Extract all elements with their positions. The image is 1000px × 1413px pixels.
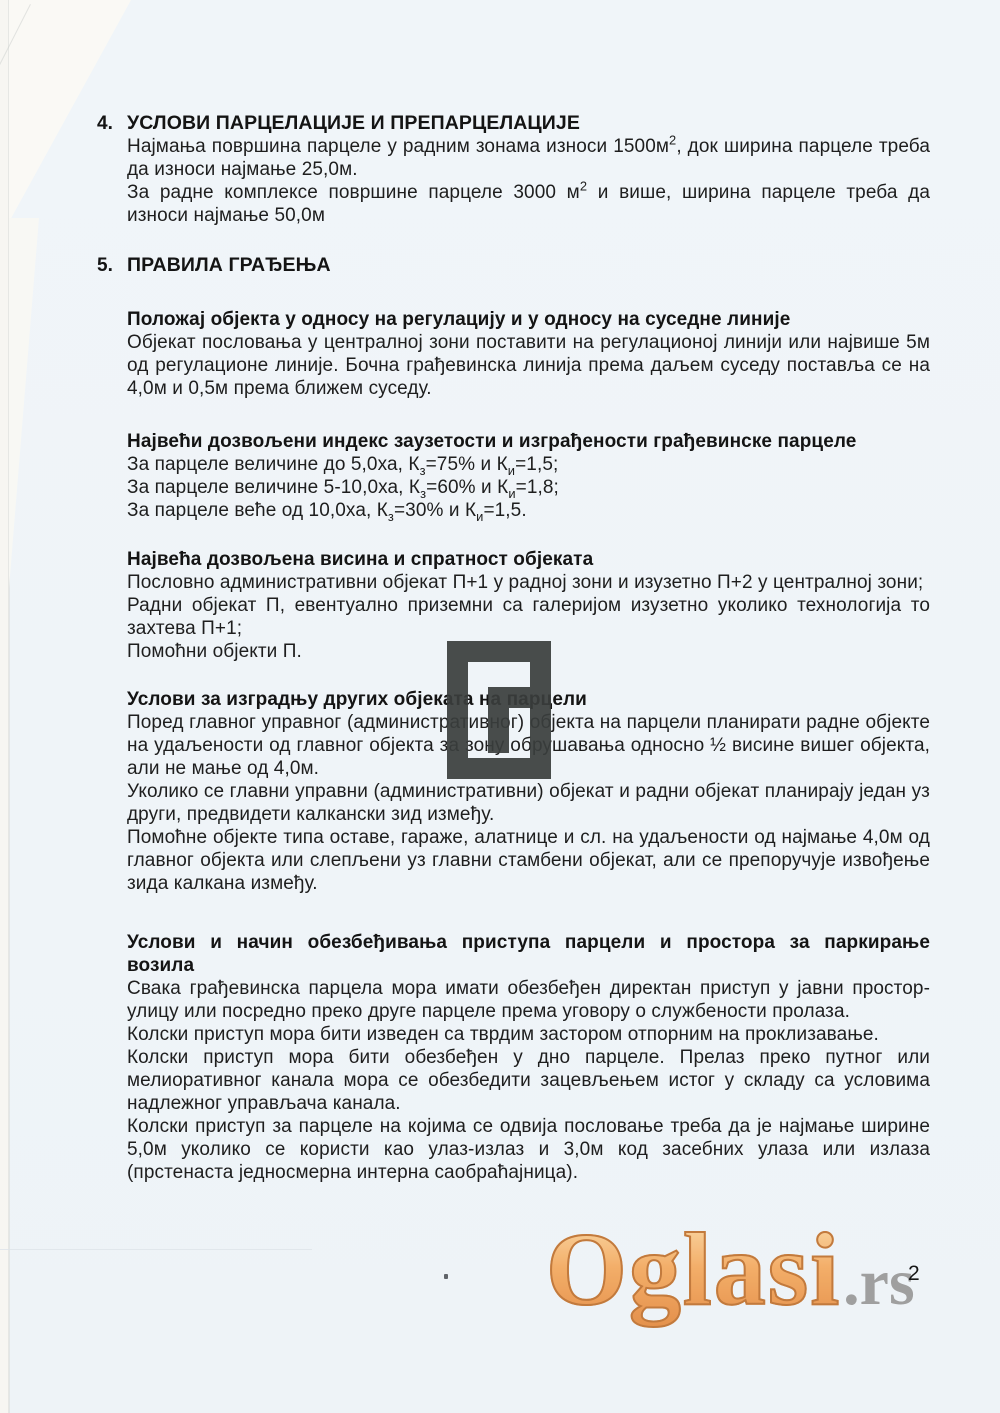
section-title: УСЛОВИ ПАРЦЕЛАЦИЈЕ И ПРЕПАРЦЕЛАЦИЈЕ [127, 112, 930, 135]
paragraph: Објекат пословања у централној зони пост… [127, 331, 930, 400]
paragraph: За радне комплексе површине парцеле 3000… [127, 181, 930, 227]
subsection-heading-line1: Услови и начин обезбеђивања приступа пар… [127, 931, 930, 954]
g-watermark-icon [447, 641, 551, 779]
subsection-access-parking: Услови и начин обезбеђивања приступа пар… [127, 931, 930, 1184]
subsection-heading-line2: возила [127, 955, 194, 976]
subsection-position: Положај објекта у односу на регулацију и… [127, 308, 930, 400]
paragraph: Помоћне објекте типа оставе, гараже, ала… [127, 826, 930, 895]
section-4-heading-row: 4. УСЛОВИ ПАРЦЕЛАЦИЈЕ И ПРЕПАРЦЕЛАЦИЈЕ [97, 112, 930, 135]
section-title: ПРАВИЛА ГРАЂЕЊА [127, 254, 930, 277]
subsection-heading: Највећа дозвољена висина и спратност обј… [127, 548, 930, 571]
paragraph: Колски приступ за парцеле на којима се о… [127, 1115, 930, 1184]
oglasi-watermark: Oglasi.rs [546, 1218, 915, 1322]
scanned-document-page: 4. УСЛОВИ ПАРЦЕЛАЦИЈЕ И ПРЕПАРЦЕЛАЦИЈЕ Н… [0, 0, 1000, 1413]
scan-artifact-line [0, 1249, 312, 1250]
page-number: 2 [908, 1262, 920, 1286]
paragraph: За парцеле величине 5-10,0ха, Кз=60% и К… [127, 476, 930, 499]
paragraph: Најмања површина парцеле у радним зонама… [127, 135, 930, 181]
subsection-heading: Положај објекта у односу на регулацију и… [127, 308, 930, 331]
oglasi-watermark-suffix: .rs [843, 1246, 914, 1319]
section-5-heading-row: 5. ПРАВИЛА ГРАЂЕЊА [97, 254, 930, 277]
section-4: 4. УСЛОВИ ПАРЦЕЛАЦИЈЕ И ПРЕПАРЦЕЛАЦИЈЕ Н… [97, 112, 930, 227]
scan-speck [444, 1274, 448, 1279]
paragraph: Радни објекат П, евентуално приземни са … [127, 594, 930, 640]
paragraph: Колски приступ мора бити изведен са тврд… [127, 1023, 930, 1046]
subsection-heading: Услови и начин обезбеђивања приступа пар… [127, 931, 930, 977]
paragraph: Колски приступ мора бити обезбеђен у дно… [127, 1046, 930, 1115]
paragraph: Пословно административни објекат П+1 у р… [127, 571, 930, 594]
oglasi-watermark-text: Oglasi [546, 1212, 841, 1327]
paragraph: За парцеле веће од 10,0ха, Кз=30% и Ки=1… [127, 499, 930, 522]
section-number: 5. [97, 254, 127, 277]
section-number: 4. [97, 112, 127, 135]
paragraph: Уколико се главни управни (административ… [127, 780, 930, 826]
subsection-heading: Највећи дозвољени индекс заузетости и из… [127, 430, 930, 453]
paragraph: За парцеле величине до 5,0ха, Кз=75% и К… [127, 453, 930, 476]
subsection-index: Највећи дозвољени индекс заузетости и из… [127, 430, 930, 522]
paragraph: Свака грађевинска парцела мора имати обе… [127, 977, 930, 1023]
